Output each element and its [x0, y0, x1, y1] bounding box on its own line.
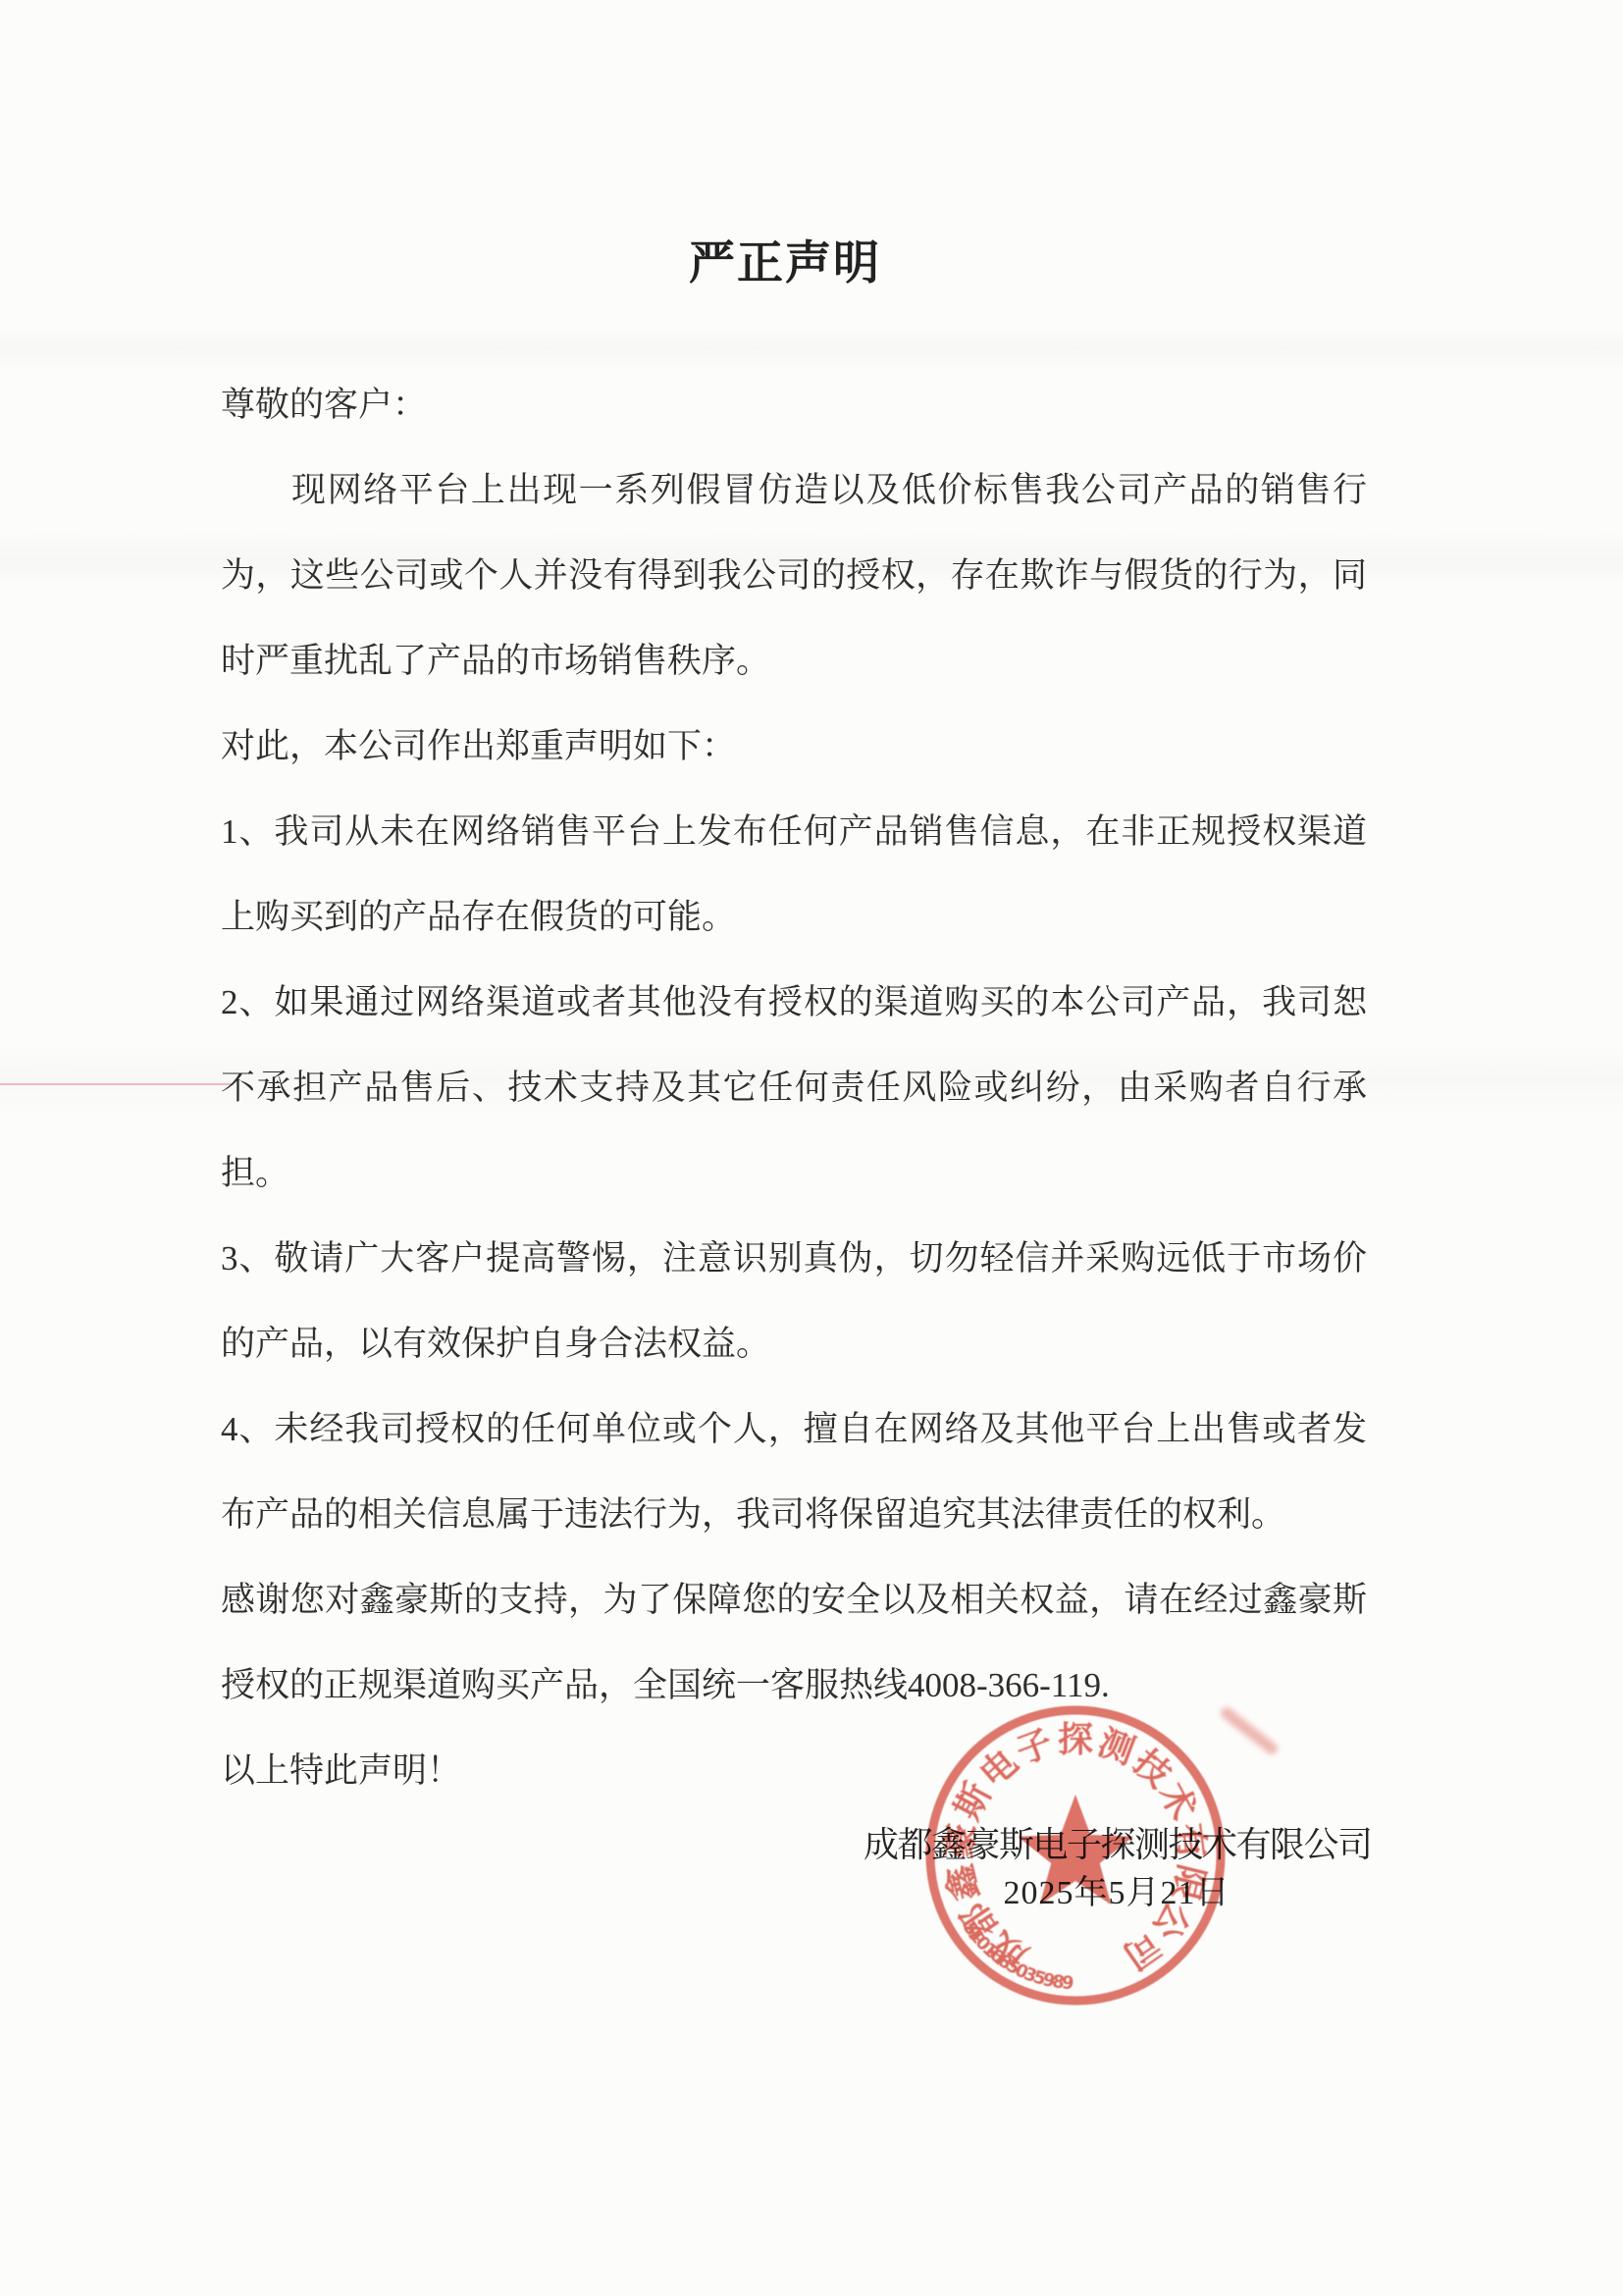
stamp-star-icon	[1018, 1795, 1133, 1905]
company-stamp: 成都鑫豪斯电子探测技术有限公司5101085035989	[909, 1689, 1242, 2022]
statement-paragraph: 对此，本公司作出郑重声明如下：	[221, 704, 1367, 789]
salutation: 尊敬的客户：	[221, 362, 1367, 447]
svg-text:9: 9	[1061, 1972, 1074, 1994]
page-title: 严正声明	[221, 234, 1349, 294]
svg-text:鑫: 鑫	[940, 1860, 986, 1904]
body-paragraphs: 尊敬的客户： 现网络平台上出现一系列假冒仿造以及低价标售我公司产品的销售行为，这…	[221, 362, 1367, 1813]
statement-paragraph: 1、我司从未在网络销售平台上发布任何产品销售信息，在非正规授权渠道上购买到的产品…	[221, 789, 1367, 960]
stamp-svg: 成都鑫豪斯电子探测技术有限公司5101085035989	[909, 1689, 1242, 2022]
svg-text:限: 限	[1165, 1860, 1211, 1904]
svg-text:豪: 豪	[939, 1821, 982, 1861]
scan-artifact-pink-line	[0, 1083, 234, 1085]
statement-paragraph: 4、未经我司授权的任何单位或个人，擅自在网络及其他平台上出售或者发布产品的相关信…	[221, 1386, 1367, 1557]
scanned-statement-page: 严正声明 尊敬的客户： 现网络平台上出现一系列假冒仿造以及低价标售我公司产品的销…	[0, 0, 1623, 2296]
statement-paragraph: 2、如果通过网络渠道或者其他没有授权的渠道购买的本公司产品，我司恕不承担产品售后…	[221, 960, 1367, 1216]
svg-text:有: 有	[1169, 1821, 1212, 1861]
statement-paragraph: 3、敬请广大客户提高警惕，注意识别真伪，切勿轻信并采购远低于市场价的产品，以有效…	[221, 1216, 1367, 1386]
statement-paragraph: 现网络平台上出现一系列假冒仿造以及低价标售我公司产品的销售行为，这些公司或个人并…	[221, 447, 1367, 704]
svg-text:探: 探	[1058, 1720, 1093, 1759]
